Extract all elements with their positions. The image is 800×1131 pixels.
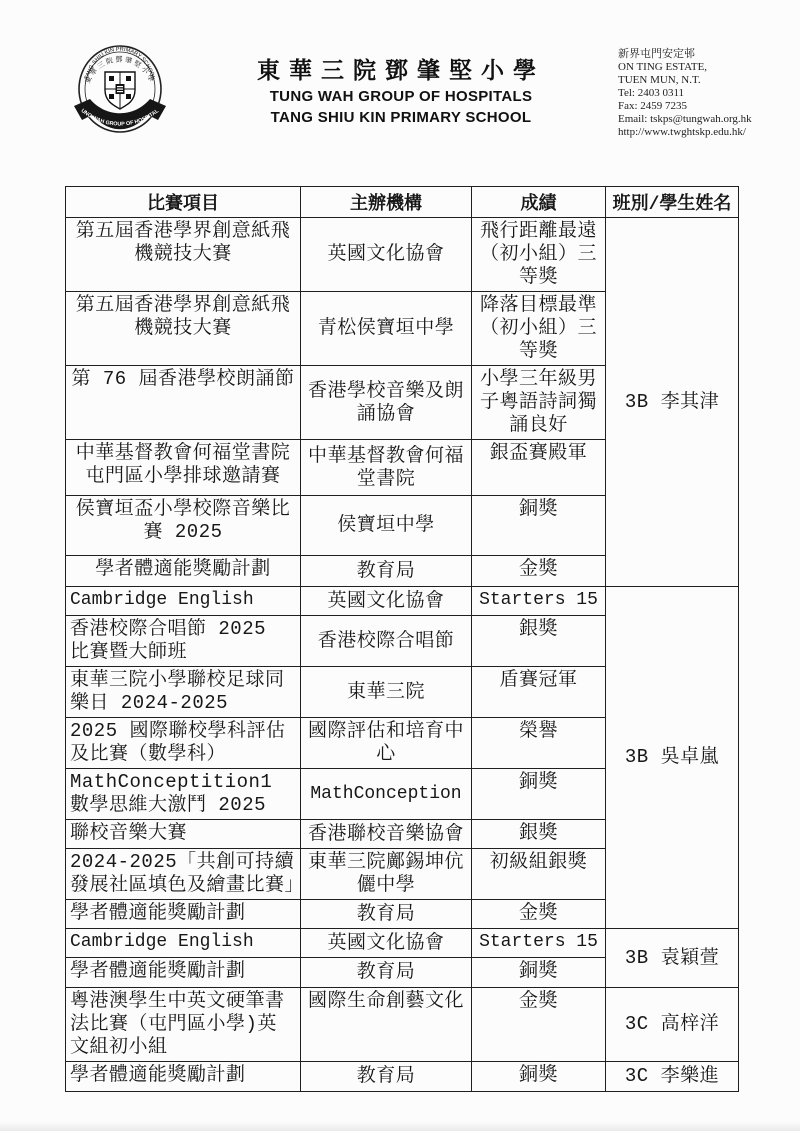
event-cell: 香港校際合唱節 2025 比賽暨大師班 <box>66 616 301 667</box>
event-cell: 學者體適能獎勵計劃 <box>66 556 301 587</box>
organizer-cell: 教育局 <box>301 900 472 929</box>
result-cell: 金獎 <box>472 988 606 1062</box>
result-cell: 飛行距離最遠（初小組）三等獎 <box>472 218 606 292</box>
event-cell: 第五屆香港學界創意紙飛機競技大賽 <box>66 292 301 366</box>
contact-email: Email: tskps@tungwah.org.hk <box>618 113 788 126</box>
organizer-cell: 東華三院鄺錫坤伉儷中學 <box>301 849 472 900</box>
result-cell: 盾賽冠軍 <box>472 667 606 718</box>
organizer-cell: 青松侯寶垣中學 <box>301 292 472 366</box>
letterhead-title-block: 東華三院鄧肇堅小學 TUNG WAH GROUP OF HOSPITALS TA… <box>238 52 564 127</box>
organizer-cell: 國際生命創藝文化 <box>301 988 472 1062</box>
table-row: 學者體適能獎勵計劃 教育局 銅獎 3C 李樂進 <box>66 1062 739 1092</box>
result-cell: 銅獎 <box>472 958 606 988</box>
page: 東華三院鄧肇堅小學 TANG SHIU KIN PRIMARY SCHOOL T… <box>0 0 800 1131</box>
table-row: Cambridge English 英國文化協會 Starters 15 3B … <box>66 587 739 616</box>
organizer-cell: 東華三院 <box>301 667 472 718</box>
contact-address-en2: TUEN MUN, N.T. <box>618 74 788 87</box>
awards-table: 比賽項目 主辦機構 成績 班別/學生姓名 第五屆香港學界創意紙飛機競技大賽 英國… <box>65 186 739 1092</box>
result-cell: 初級組銀獎 <box>472 849 606 900</box>
organizer-cell: 教育局 <box>301 556 472 587</box>
contact-address-en1: ON TING ESTATE, <box>618 61 788 74</box>
organizer-cell: 英國文化協會 <box>301 929 472 958</box>
organizer-cell: 中華基督教會何福堂書院 <box>301 440 472 496</box>
student-cell: 3B 李其津 <box>606 218 739 587</box>
student-cell: 3B 吳卓嵐 <box>606 587 739 929</box>
organizer-cell: 國際評估和培育中心 <box>301 718 472 769</box>
student-cell: 3C 高梓洋 <box>606 988 739 1062</box>
result-cell: 金獎 <box>472 556 606 587</box>
contact-website: http://www.twghtskp.edu.hk/ <box>618 126 788 139</box>
student-cell: 3B 袁穎萱 <box>606 929 739 988</box>
column-header-event: 比賽項目 <box>66 187 301 218</box>
organizer-cell: MathConception <box>301 769 472 820</box>
school-name-zh: 東華三院鄧肇堅小學 <box>238 52 564 85</box>
result-cell: 銀盃賽殿軍 <box>472 440 606 496</box>
event-cell: 東華三院小學聯校足球同樂日 2024-2025 <box>66 667 301 718</box>
event-cell: 第五屆香港學界創意紙飛機競技大賽 <box>66 218 301 292</box>
event-cell: 粵港澳學生中英文硬筆書法比賽（屯門區小學)英文組初小組 <box>66 988 301 1062</box>
event-cell: 學者體適能獎勵計劃 <box>66 900 301 929</box>
column-header-result: 成績 <box>472 187 606 218</box>
result-cell: 小學三年級男子粵語詩詞獨誦良好 <box>472 366 606 440</box>
result-cell: Starters 15 <box>472 929 606 958</box>
organizer-cell: 教育局 <box>301 958 472 988</box>
result-cell: 銅獎 <box>472 496 606 556</box>
contact-fax: Fax: 2459 7235 <box>618 100 788 113</box>
event-cell: 侯寶垣盃小學校際音樂比賽 2025 <box>66 496 301 556</box>
organizer-cell: 侯寶垣中學 <box>301 496 472 556</box>
event-cell: 學者體適能獎勵計劃 <box>66 1062 301 1092</box>
school-name-en-line1: TUNG WAH GROUP OF HOSPITALS <box>238 87 564 106</box>
result-cell: 銅獎 <box>472 1062 606 1092</box>
organizer-cell: 香港學校音樂及朗誦協會 <box>301 366 472 440</box>
organizer-cell: 教育局 <box>301 1062 472 1092</box>
event-cell: 2025 國際聯校學科評估及比賽（數學科） <box>66 718 301 769</box>
student-cell: 3C 李樂進 <box>606 1062 739 1092</box>
contact-block: 新界屯門安定邨 ON TING ESTATE, TUEN MUN, N.T. T… <box>618 48 788 139</box>
result-cell: 銀獎 <box>472 616 606 667</box>
event-cell: Cambridge English <box>66 929 301 958</box>
organizer-cell: 英國文化協會 <box>301 587 472 616</box>
result-cell: 銅獎 <box>472 769 606 820</box>
result-cell: Starters 15 <box>472 587 606 616</box>
event-cell: MathConceptition1 數學思維大激鬥 2025 <box>66 769 301 820</box>
event-cell: Cambridge English <box>66 587 301 616</box>
organizer-cell: 香港聯校音樂協會 <box>301 820 472 849</box>
organizer-cell: 香港校際合唱節 <box>301 616 472 667</box>
event-cell: 第 76 屆香港學校朗誦節 <box>66 366 301 440</box>
event-cell: 學者體適能獎勵計劃 <box>66 958 301 988</box>
result-cell: 降落目標最準（初小組）三等獎 <box>472 292 606 366</box>
result-cell: 銀獎 <box>472 820 606 849</box>
table-row: 粵港澳學生中英文硬筆書法比賽（屯門區小學)英文組初小組 國際生命創藝文化 金獎 … <box>66 988 739 1062</box>
organizer-cell: 英國文化協會 <box>301 218 472 292</box>
event-cell: 中華基督教會何福堂書院屯門區小學排球邀請賽 <box>66 440 301 496</box>
contact-tel: Tel: 2403 0311 <box>618 87 788 100</box>
event-cell: 2024-2025「共創可持續發展社區填色及繪畫比賽」 <box>66 849 301 900</box>
school-name-en-line2: TANG SHIU KIN PRIMARY SCHOOL <box>238 108 564 127</box>
table-row: Cambridge English 英國文化協會 Starters 15 3B … <box>66 929 739 958</box>
table-header-row: 比賽項目 主辦機構 成績 班別/學生姓名 <box>66 187 739 218</box>
result-cell: 榮譽 <box>472 718 606 769</box>
column-header-student: 班別/學生姓名 <box>606 187 739 218</box>
event-cell: 聯校音樂大賽 <box>66 820 301 849</box>
result-cell: 金獎 <box>472 900 606 929</box>
school-crest-logo: 東華三院鄧肇堅小學 TANG SHIU KIN PRIMARY SCHOOL T… <box>68 42 172 148</box>
table-row: 第五屆香港學界創意紙飛機競技大賽 英國文化協會 飛行距離最遠（初小組）三等獎 3… <box>66 218 739 292</box>
contact-address-zh: 新界屯門安定邨 <box>618 48 788 61</box>
column-header-organizer: 主辦機構 <box>301 187 472 218</box>
